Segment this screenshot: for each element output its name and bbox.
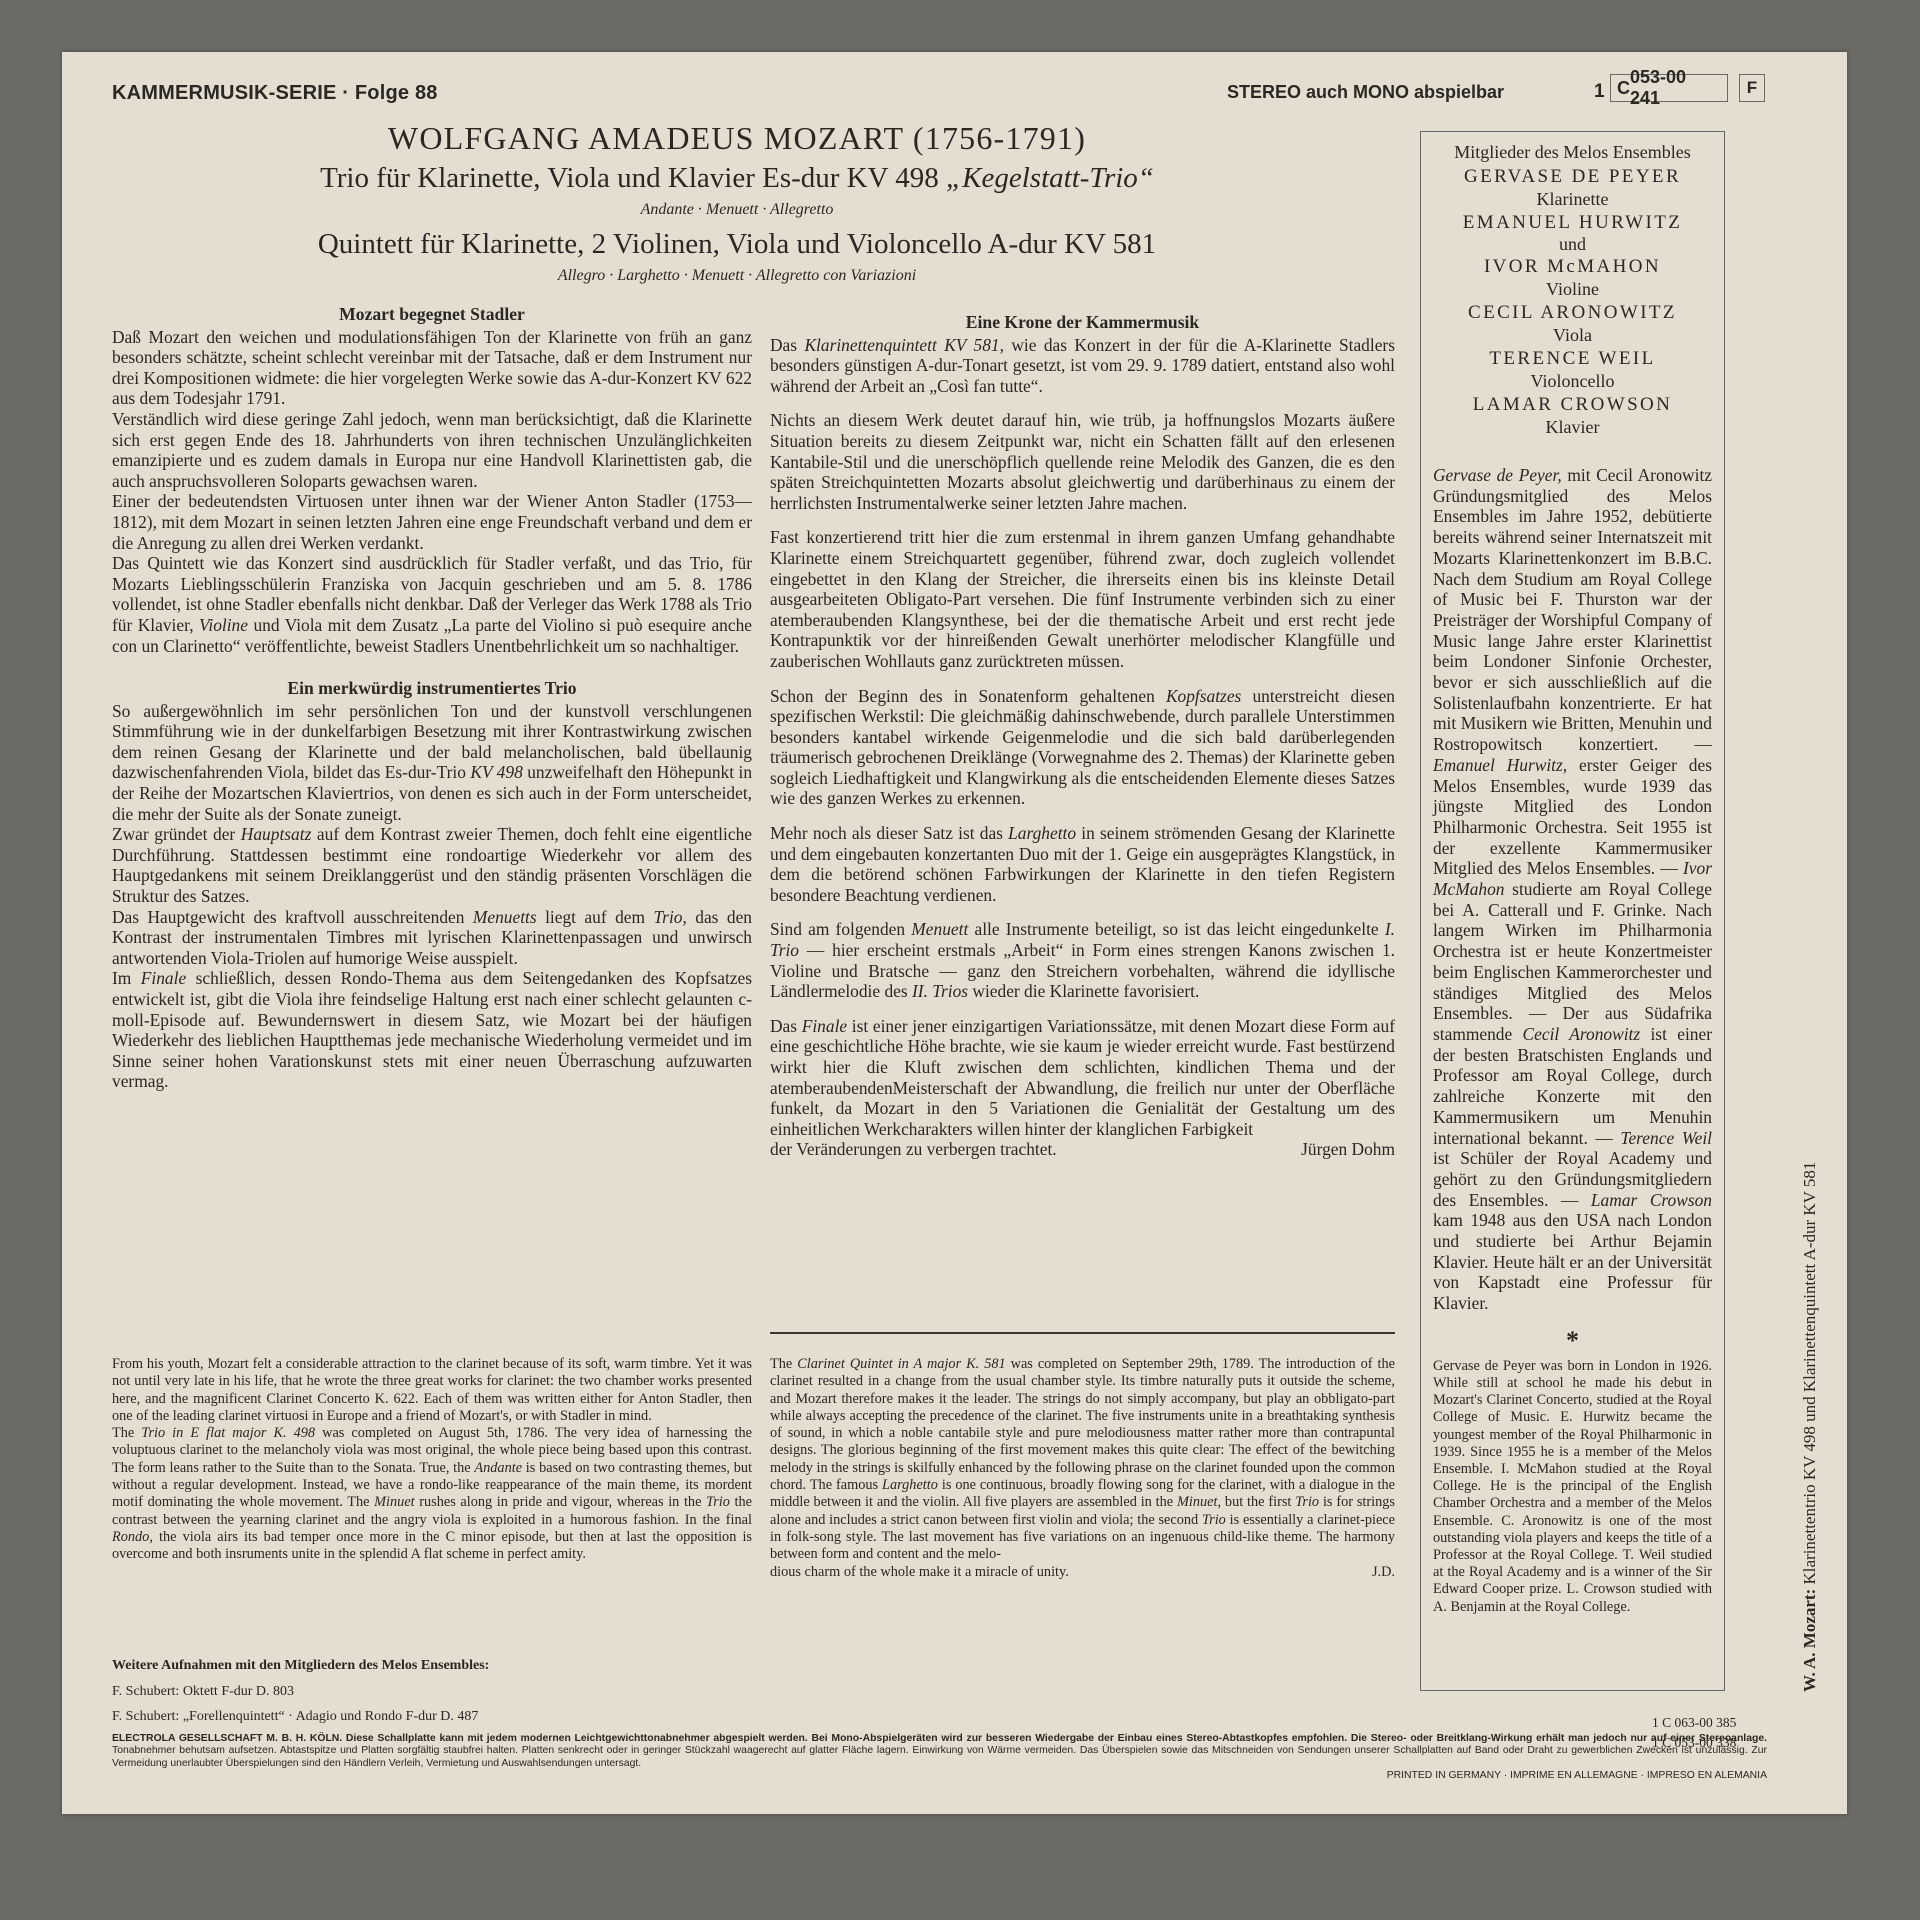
- author-initials: J.D.: [1372, 1564, 1395, 1581]
- paragraph: Das Klarinettenquintett KV 581, wie das …: [770, 335, 1395, 397]
- member-entry: EMANUEL HURWITZ und: [1433, 211, 1712, 253]
- work2-title: Quintett für Klarinette, 2 Violinen, Vio…: [162, 227, 1312, 261]
- section-heading: Ein merkwürdig instrumentiertes Trio: [112, 678, 752, 699]
- paragraph: So außergewöhnlich im sehr persönlichen …: [112, 701, 752, 825]
- paragraph: Nichts an diesem Werk deutet darauf hin,…: [770, 410, 1395, 513]
- paragraph: Das Quintett wie das Konzert sind ausdrü…: [112, 553, 752, 656]
- work2-movements: Allegro · Larghetto · Menuett · Allegret…: [162, 267, 1312, 285]
- paragraph: Das Hauptgewicht des kraftvoll ausschrei…: [112, 907, 752, 969]
- member-entry: CECIL ARONOWITZ Viola: [1433, 301, 1712, 345]
- price-code-box: F: [1739, 74, 1765, 102]
- series-label: KAMMERMUSIK-SERIE · Folge 88: [112, 82, 438, 105]
- record-sleeve-back: KAMMERMUSIK-SERIE · Folge 88 STEREO auch…: [62, 52, 1847, 1814]
- catalog-prefix: 1: [1594, 81, 1605, 103]
- paragraph: Sind am folgenden Menuett alle Instrumen…: [770, 919, 1395, 1001]
- work1-title: Trio für Klarinette, Viola und Klavier E…: [162, 161, 1312, 195]
- legal-notice: ELECTROLA GESELLSCHAFT M. B. H. KÖLN. Di…: [112, 1733, 1767, 1783]
- ensemble-sidebar: Mitglieder des Melos Ensembles GERVASE D…: [1420, 131, 1725, 1691]
- english-notes-right: The Clarinet Quintet in A major K. 581 w…: [770, 1356, 1395, 1581]
- catalog-letter: C: [1617, 78, 1630, 99]
- printed-in-note: PRINTED IN GERMANY · IMPRIME EN ALLEMAGN…: [112, 1770, 1767, 1782]
- divider-line: [770, 1332, 1395, 1334]
- author-name: Jürgen Dohm: [1301, 1139, 1395, 1160]
- work1-nickname: „Kegelstatt-Trio“: [946, 162, 1154, 194]
- recording-item: F. Schubert: „Forellenquintett“ · Adagio…: [112, 1709, 489, 1725]
- other-recordings-heading: Weitere Aufnahmen mit den Mitgliedern de…: [112, 1658, 489, 1674]
- paragraph: Im Finale schließlich, dessen Rondo-Them…: [112, 968, 752, 1092]
- catalog-number-box: C 053-00 241: [1610, 74, 1728, 102]
- paragraph: The Clarinet Quintet in A major K. 581 w…: [770, 1356, 1395, 1564]
- english-notes-left: From his youth, Mozart felt a considerab…: [112, 1356, 752, 1564]
- asterisk-separator: *: [1433, 1326, 1712, 1356]
- paragraph: Mehr noch als dieser Satz ist das Larghe…: [770, 823, 1395, 905]
- title-block: WOLFGANG AMADEUS MOZART (1756-1791) Trio…: [162, 120, 1312, 293]
- recording-catalog-number: 1 C 063-00 385: [1652, 1713, 1736, 1733]
- members-biography-english: Gervase de Peyer was born in London in 1…: [1433, 1358, 1712, 1616]
- paragraph: Verständlich wird diese geringe Zahl jed…: [112, 409, 752, 491]
- member-entry: LAMAR CROWSON Klavier: [1433, 393, 1712, 437]
- signature-line: dious charm of the whole make it a mirac…: [770, 1564, 1395, 1581]
- work1-movements: Andante · Menuett · Allegretto: [162, 201, 1312, 219]
- section-heading: Eine Krone der Kammermusik: [770, 312, 1395, 333]
- recording-item: F. Schubert: Oktett F-dur D. 803: [112, 1684, 489, 1700]
- paragraph: Das Finale ist einer jener einzigartigen…: [770, 1016, 1395, 1140]
- member-entry: IVOR McMAHON Violine: [1433, 255, 1712, 299]
- section-heading: Mozart begegnet Stadler: [112, 304, 752, 325]
- paragraph: From his youth, Mozart felt a considerab…: [112, 1356, 752, 1425]
- signature-line: der Veränderungen zu verbergen trachtet.…: [770, 1139, 1395, 1160]
- members-biography-german: Gervase de Peyer, mit Cecil Aronowitz Gr…: [1433, 465, 1712, 1314]
- other-recordings: Weitere Aufnahmen mit den Mitgliedern de…: [112, 1658, 489, 1734]
- paragraph: Daß Mozart den weichen und modulationsfä…: [112, 327, 752, 409]
- member-entry: GERVASE DE PEYER Klarinette: [1433, 165, 1712, 209]
- paragraph: The Trio in E flat major K. 498 was comp…: [112, 1425, 752, 1563]
- member-entry: TERENCE WEIL Violoncello: [1433, 347, 1712, 391]
- sidebar-heading: Mitglieder des Melos Ensembles: [1433, 142, 1712, 163]
- paragraph: Zwar gründet der Hauptsatz auf dem Kontr…: [112, 824, 752, 906]
- paragraph: Einer der bedeutendsten Virtuosen unter …: [112, 491, 752, 553]
- paragraph: Schon der Beginn des in Sonatenform geha…: [770, 686, 1395, 810]
- german-notes-left: Mozart begegnet Stadler Daß Mozart den w…: [112, 304, 752, 1092]
- spine-text: W. A. Mozart: Klarinettentrio KV 498 und…: [1800, 992, 1820, 1692]
- catalog-number: 053-00 241: [1630, 67, 1721, 109]
- german-notes-right: Eine Krone der Kammermusik Das Klarinett…: [770, 312, 1395, 1160]
- composer-title: WOLFGANG AMADEUS MOZART (1756-1791): [162, 120, 1312, 157]
- stereo-note: STEREO auch MONO abspielbar: [1227, 82, 1504, 103]
- paragraph: Fast konzertierend tritt hier die zum er…: [770, 527, 1395, 671]
